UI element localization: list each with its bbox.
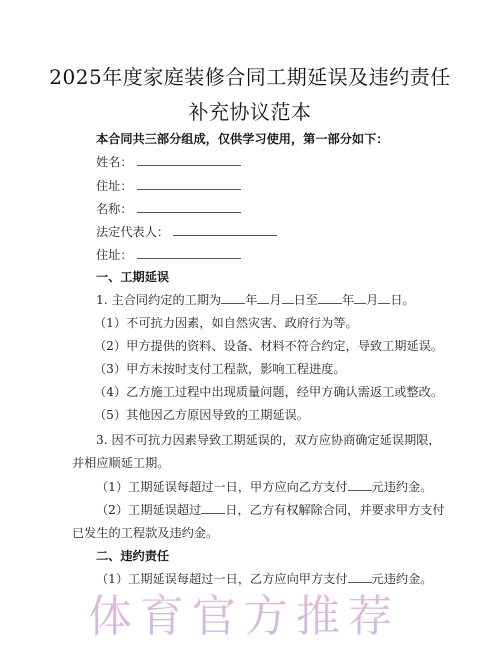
penalty-clause-1: （1）工期延误每超过一日，甲方应向乙方支付元违约金。	[96, 478, 432, 495]
field-name: 姓名：	[96, 153, 241, 170]
fill-blank	[137, 248, 241, 259]
intro-text: 本合同共三部分组成，仅供学习使用，第一部分如下：	[96, 130, 389, 147]
fill-blank	[378, 293, 390, 304]
field-legal-representative: 法定代表人：	[96, 223, 277, 240]
document-title-line-2: 补充协议范本	[0, 96, 500, 125]
item-text: 日至	[294, 293, 318, 307]
field-label: 名称：	[96, 202, 133, 216]
field-label: 住址：	[96, 248, 133, 262]
field-address-2: 住址：	[96, 246, 241, 263]
fill-blank	[201, 503, 225, 514]
watermark-text: 体育官方推荐	[88, 580, 400, 644]
section-1-subitem: （2）甲方提供的资料、设备、材料不符合约定，导致工期延误。	[94, 337, 443, 354]
item-text: （2）工期延误超过	[96, 503, 201, 517]
section-1-item-1: 1. 主合同约定的工期为年月日至年月日。	[96, 291, 415, 308]
document-title-line-1: 2025年度家庭装修合同工期延误及违约责任	[0, 61, 500, 90]
field-label: 住址：	[96, 179, 133, 193]
item-text: 年	[342, 293, 354, 307]
item-text: 1. 主合同约定的工期为	[96, 293, 221, 307]
section-1-item-3-cont: 并相应顺延工期。	[72, 454, 170, 471]
field-label: 法定代表人：	[96, 225, 169, 239]
fill-blank	[348, 480, 372, 491]
item-text: 日，乙方有权解除合同，并要求甲方支付	[225, 503, 444, 517]
fill-blank	[137, 179, 241, 190]
fill-blank	[173, 225, 277, 236]
penalty-clause-2: （2）工期延误超过日，乙方有权解除合同，并要求甲方支付	[96, 501, 445, 518]
item-text: 日。	[390, 293, 414, 307]
field-address: 住址：	[96, 177, 241, 194]
section-2-heading: 二、违约责任	[96, 547, 169, 564]
section-1-item-3: 3. 因不可抗力因素导致工期延误的，双方应协商确定延误期限，	[96, 431, 441, 448]
fill-blank	[221, 293, 245, 304]
item-text: （1）工期延误每超过一日，甲方应向乙方支付	[96, 480, 348, 494]
section-1-subitem: （3）甲方未按时支付工程款，影响工程进度。	[94, 360, 346, 377]
item-text: 月	[269, 293, 281, 307]
section-1-subitem: （5）其他因乙方原因导致的工期延误。	[94, 406, 309, 423]
fill-blank	[318, 293, 342, 304]
field-label: 姓名：	[96, 155, 133, 169]
fill-blank	[282, 293, 294, 304]
item-text: 元违约金。	[372, 480, 433, 494]
item-text: 月	[366, 293, 378, 307]
fill-blank	[354, 293, 366, 304]
fill-blank	[137, 155, 241, 166]
item-text: 年	[245, 293, 257, 307]
field-company-name: 名称：	[96, 200, 241, 217]
fill-blank	[257, 293, 269, 304]
section-1-subitem: （4）乙方施工过程中出现质量问题，经甲方确认需返工或整改。	[94, 383, 443, 400]
penalty-clause-2-cont: 已发生的工程款及违约金。	[72, 524, 218, 541]
fill-blank	[137, 202, 241, 213]
section-1-subitem: （1）不可抗力因素，如自然灾害、政府行为等。	[94, 314, 358, 331]
section-1-heading: 一、工期延误	[96, 268, 169, 285]
